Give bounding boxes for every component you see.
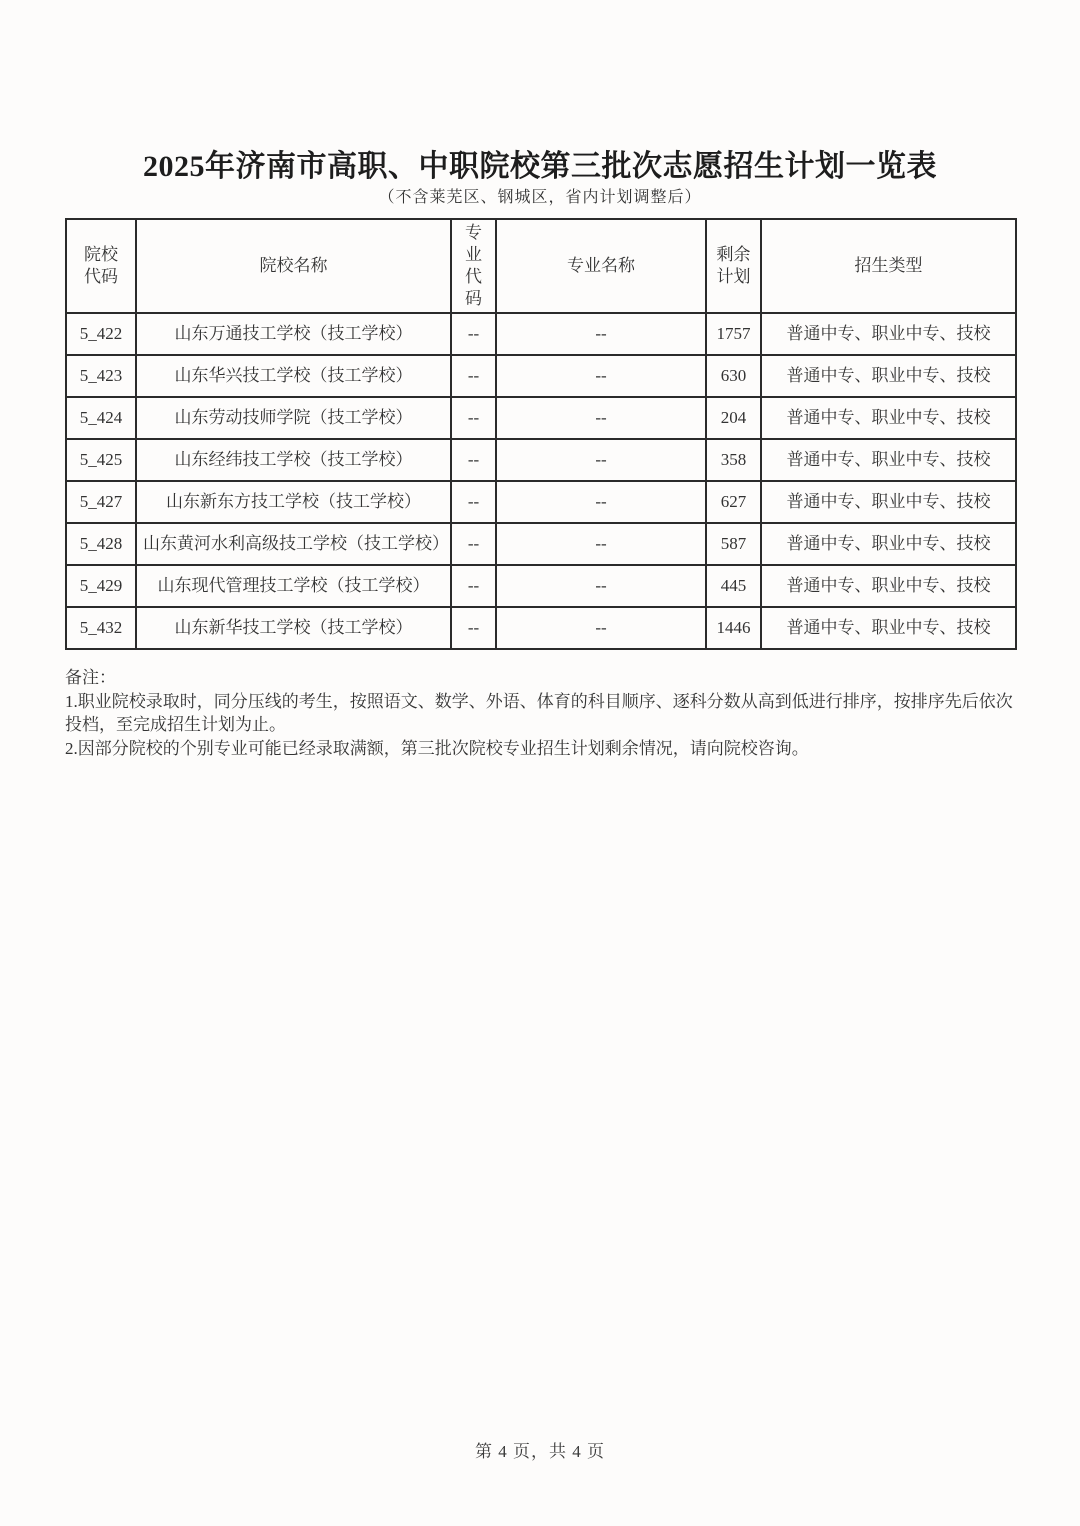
cell-major-name: -- — [496, 355, 706, 397]
cell-major-code: -- — [451, 439, 496, 481]
cell-college-code: 5_427 — [66, 481, 136, 523]
cell-major-code: -- — [451, 313, 496, 355]
cell-enroll-type: 普通中专、职业中专、技校 — [761, 355, 1016, 397]
cell-college-code: 5_423 — [66, 355, 136, 397]
header-enroll-type: 招生类型 — [761, 219, 1016, 313]
cell-enroll-type: 普通中专、职业中专、技校 — [761, 481, 1016, 523]
cell-college-code: 5_425 — [66, 439, 136, 481]
cell-college-code: 5_428 — [66, 523, 136, 565]
document-page: 2025年济南市高职、中职院校第三批次志愿招生计划一览表 （不含莱芜区、钢城区，… — [0, 0, 1080, 1526]
cell-enroll-type: 普通中专、职业中专、技校 — [761, 397, 1016, 439]
table-row: 5_425 山东经纬技工学校（技工学校） -- -- 358 普通中专、职业中专… — [66, 439, 1016, 481]
header-remaining-plan: 剩余 计划 — [706, 219, 761, 313]
header-college-code: 院校 代码 — [66, 219, 136, 313]
table-row: 5_423 山东华兴技工学校（技工学校） -- -- 630 普通中专、职业中专… — [66, 355, 1016, 397]
cell-major-name: -- — [496, 439, 706, 481]
table-row: 5_432 山东新华技工学校（技工学校） -- -- 1446 普通中专、职业中… — [66, 607, 1016, 649]
cell-college-name: 山东新东方技工学校（技工学校） — [136, 481, 451, 523]
table-row: 5_424 山东劳动技师学院（技工学校） -- -- 204 普通中专、职业中专… — [66, 397, 1016, 439]
page-title: 2025年济南市高职、中职院校第三批次志愿招生计划一览表 — [0, 141, 1080, 185]
enrollment-plan-table: 院校 代码 院校名称 专业 代码 专业名称 剩余 计划 招生类型 5_422 山… — [65, 218, 1017, 650]
cell-major-name: -- — [496, 481, 706, 523]
cell-college-name: 山东现代管理技工学校（技工学校） — [136, 565, 451, 607]
note-item: 2.因部分院校的个别专业可能已经录取满额，第三批次院校专业招生计划剩余情况，请向… — [65, 737, 1017, 761]
cell-major-code: -- — [451, 397, 496, 439]
cell-enroll-type: 普通中专、职业中专、技校 — [761, 313, 1016, 355]
cell-major-code: -- — [451, 355, 496, 397]
cell-major-code: -- — [451, 481, 496, 523]
cell-remaining-plan: 204 — [706, 397, 761, 439]
cell-major-name: -- — [496, 313, 706, 355]
cell-college-name: 山东经纬技工学校（技工学校） — [136, 439, 451, 481]
page-subtitle: （不含莱芜区、钢城区，省内计划调整后） — [0, 184, 1080, 207]
cell-remaining-plan: 1757 — [706, 313, 761, 355]
cell-college-code: 5_429 — [66, 565, 136, 607]
header-college-name: 院校名称 — [136, 219, 451, 313]
table-header-row: 院校 代码 院校名称 专业 代码 专业名称 剩余 计划 招生类型 — [66, 219, 1016, 313]
cell-major-code: -- — [451, 523, 496, 565]
cell-college-name: 山东劳动技师学院（技工学校） — [136, 397, 451, 439]
enrollment-plan-table-wrap: 院校 代码 院校名称 专业 代码 专业名称 剩余 计划 招生类型 5_422 山… — [65, 218, 1015, 650]
cell-remaining-plan: 1446 — [706, 607, 761, 649]
cell-college-name: 山东黄河水利高级技工学校（技工学校） — [136, 523, 451, 565]
cell-major-code: -- — [451, 607, 496, 649]
cell-remaining-plan: 587 — [706, 523, 761, 565]
cell-remaining-plan: 445 — [706, 565, 761, 607]
cell-remaining-plan: 627 — [706, 481, 761, 523]
table-row: 5_429 山东现代管理技工学校（技工学校） -- -- 445 普通中专、职业… — [66, 565, 1016, 607]
header-major-code: 专业 代码 — [451, 219, 496, 313]
cell-college-name: 山东华兴技工学校（技工学校） — [136, 355, 451, 397]
cell-remaining-plan: 630 — [706, 355, 761, 397]
cell-major-code: -- — [451, 565, 496, 607]
cell-major-name: -- — [496, 523, 706, 565]
cell-enroll-type: 普通中专、职业中专、技校 — [761, 439, 1016, 481]
note-item: 1.职业院校录取时，同分压线的考生，按照语文、数学、外语、体育的科目顺序、逐科分… — [65, 690, 1017, 737]
cell-enroll-type: 普通中专、职业中专、技校 — [761, 607, 1016, 649]
header-major-name: 专业名称 — [496, 219, 706, 313]
cell-college-code: 5_424 — [66, 397, 136, 439]
cell-enroll-type: 普通中专、职业中专、技校 — [761, 565, 1016, 607]
table-row: 5_427 山东新东方技工学校（技工学校） -- -- 627 普通中专、职业中… — [66, 481, 1016, 523]
cell-college-code: 5_432 — [66, 607, 136, 649]
cell-remaining-plan: 358 — [706, 439, 761, 481]
cell-major-name: -- — [496, 607, 706, 649]
cell-college-code: 5_422 — [66, 313, 136, 355]
cell-college-name: 山东万通技工学校（技工学校） — [136, 313, 451, 355]
page-footer: 第 4 页，共 4 页 — [0, 1437, 1080, 1462]
table-row: 5_428 山东黄河水利高级技工学校（技工学校） -- -- 587 普通中专、… — [66, 523, 1016, 565]
cell-college-name: 山东新华技工学校（技工学校） — [136, 607, 451, 649]
notes-section: 备注： 1.职业院校录取时，同分压线的考生，按照语文、数学、外语、体育的科目顺序… — [65, 666, 1017, 760]
notes-label: 备注： — [65, 666, 1017, 690]
cell-major-name: -- — [496, 565, 706, 607]
cell-enroll-type: 普通中专、职业中专、技校 — [761, 523, 1016, 565]
cell-major-name: -- — [496, 397, 706, 439]
table-row: 5_422 山东万通技工学校（技工学校） -- -- 1757 普通中专、职业中… — [66, 313, 1016, 355]
